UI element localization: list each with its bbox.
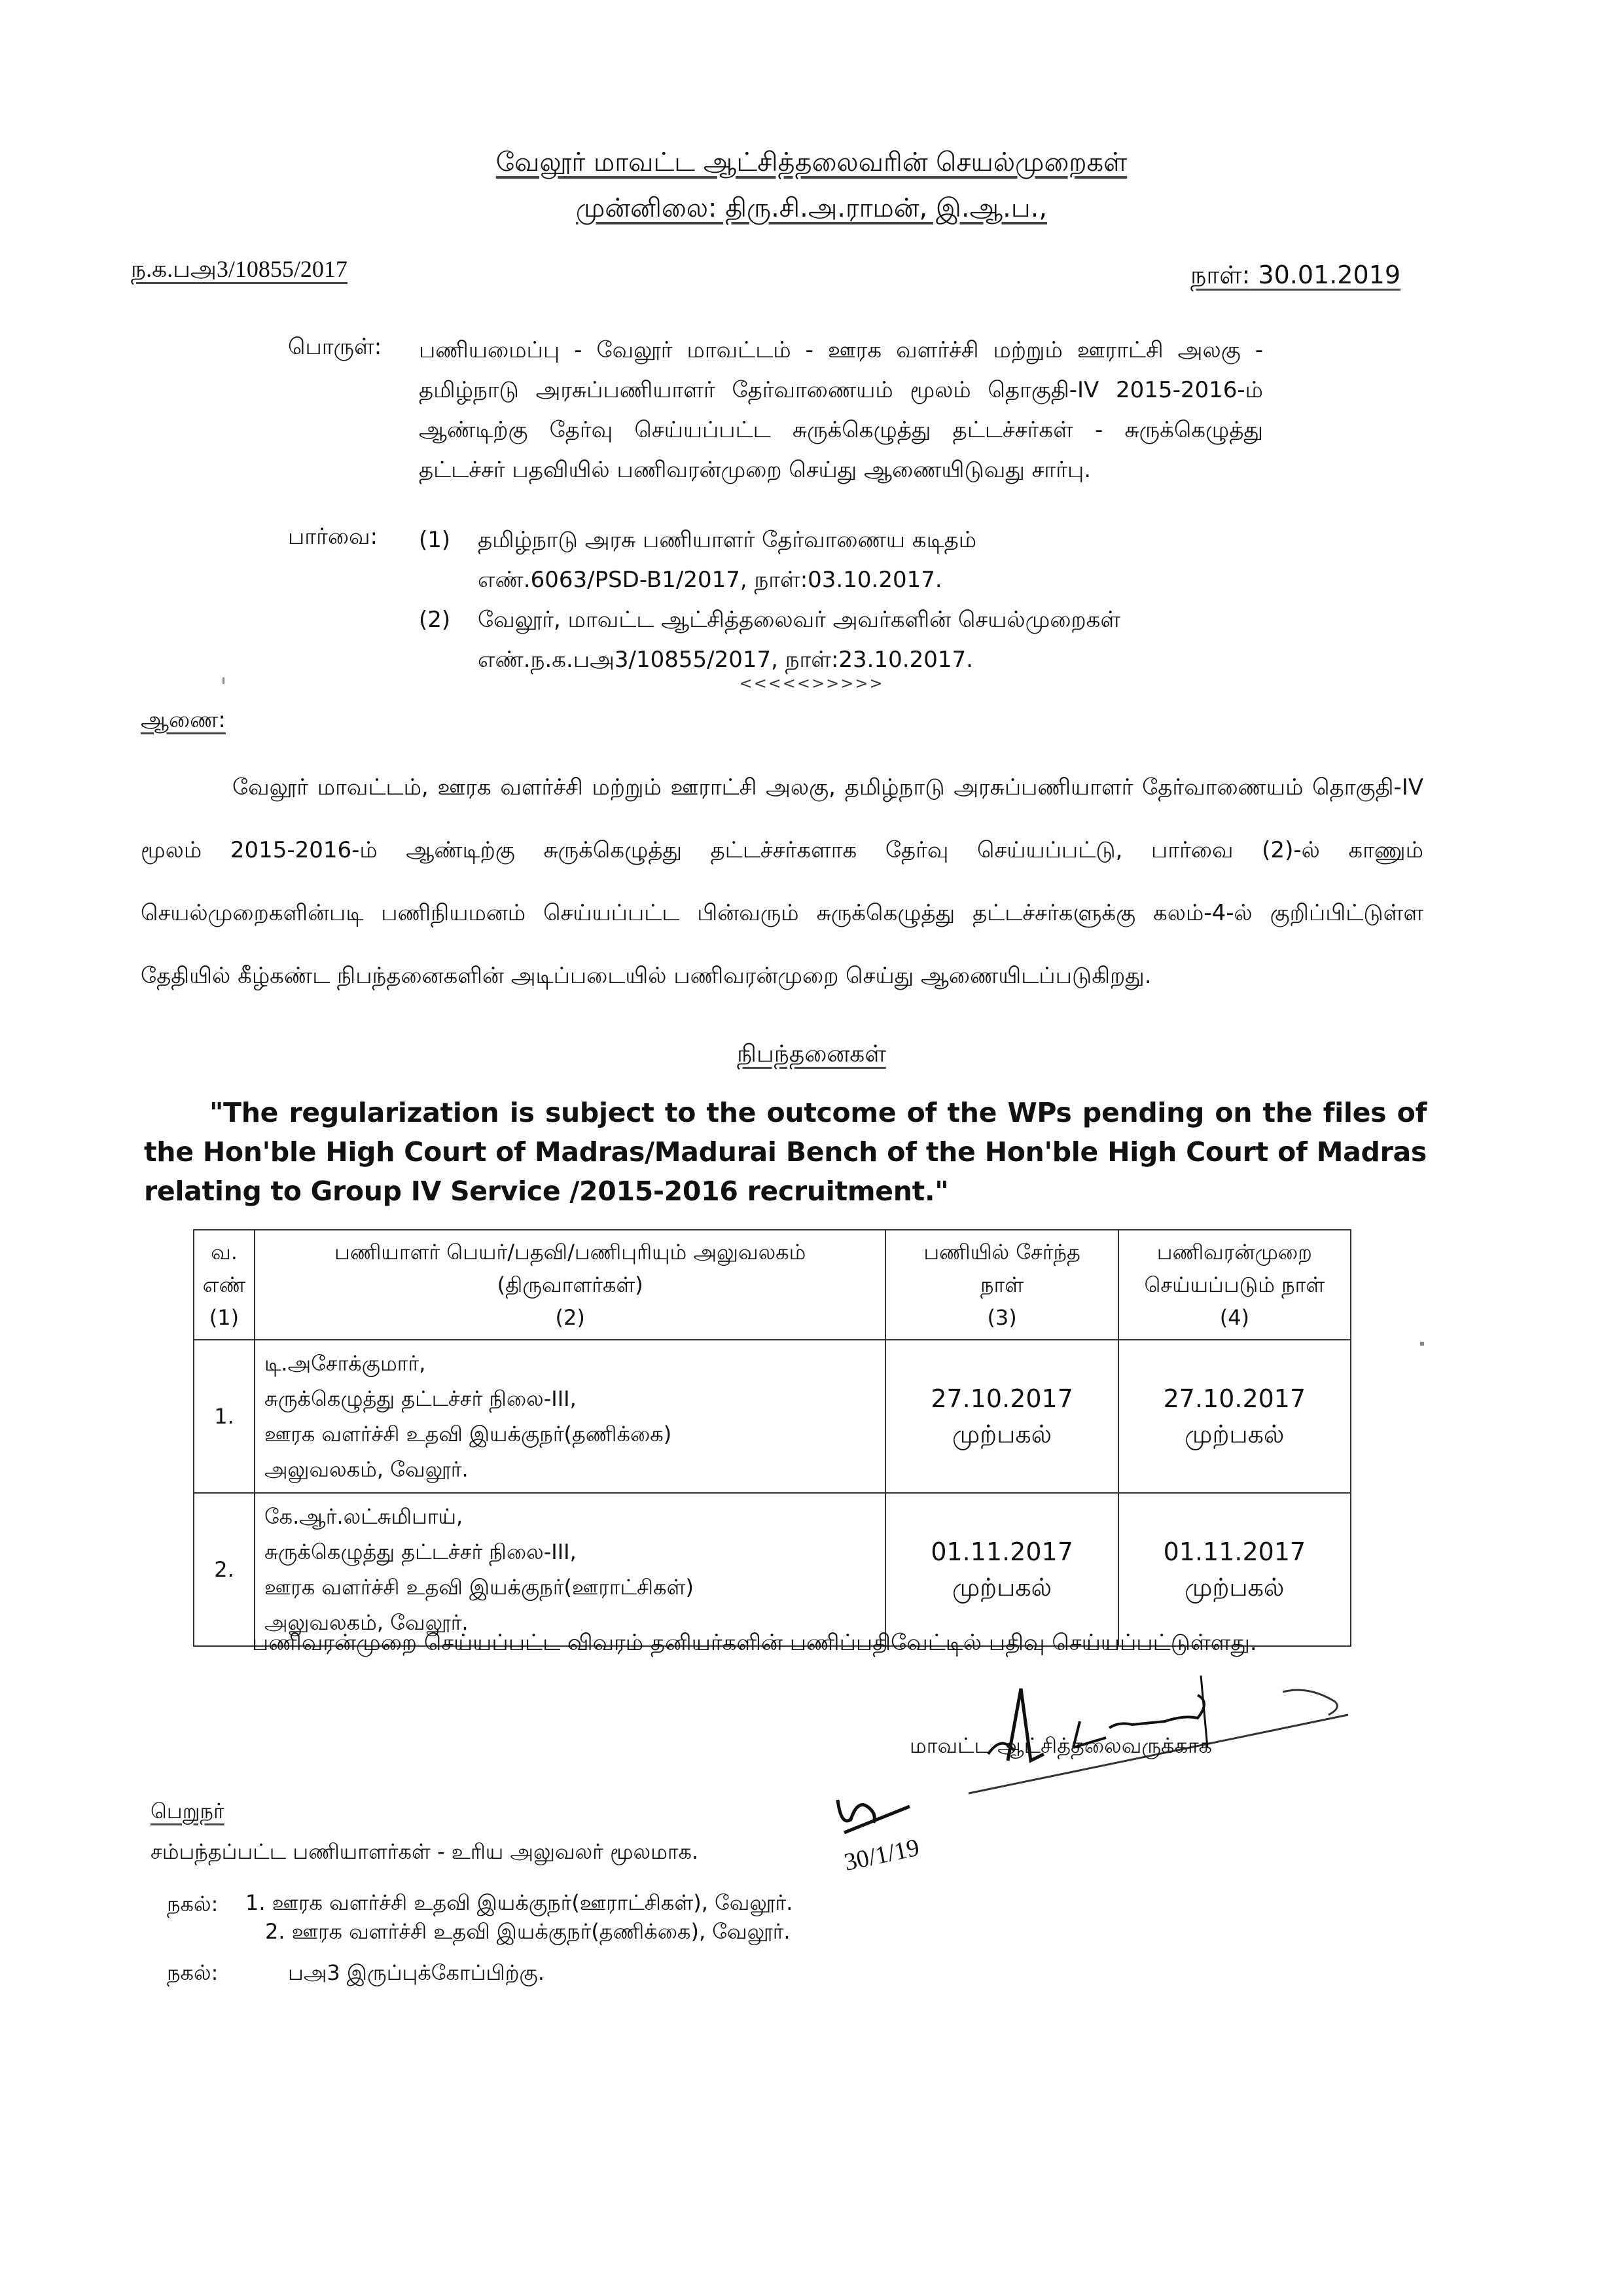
row-regularization-date: 27.10.2017 முற்பகல் [1118,1340,1351,1493]
employee-name: டி.அசோக்குமார், [264,1346,876,1381]
table-row: 1. டி.அசோக்குமார், சுருக்கெழுத்து தட்டச்… [194,1340,1351,1493]
staff-table: வ. எண் (1) பணியாளர் பெயர்/பதவி/பணிபுரியு… [193,1229,1351,1647]
employee-office: ஊரக வளர்ச்சி உதவி இயக்குநர்(தணிக்கை) [264,1416,876,1452]
document-date: நாள்: 30.01.2019 [1190,260,1400,293]
record-note: பணிவரன்முறை செய்யப்பட்ட விவரம் தனியர்களி… [252,1630,1257,1659]
table-row: 2. கே.ஆர்.லட்சுமிபாய், சுருக்கெழுத்து தட… [194,1493,1351,1646]
reference-item: (1) தமிழ்நாடு அரசு பணியாளர் தேர்வாணைய கட… [419,520,1302,600]
reference-number-1: (1) [419,520,478,600]
employee-post: சுருக்கெழுத்து தட்டச்சர் நிலை-III, [264,1534,876,1570]
order-label: ஆணை: [141,707,226,736]
presence-line: முன்னிலை: திரு.சி.அ.ராமன், இ.ஆ.ப., [0,193,1623,226]
conditions-title: நிபந்தனைகள் [0,1041,1623,1071]
header-join-date: பணியில் சேர்ந்த நாள் (3) [885,1230,1118,1340]
employee-name: கே.ஆர்.லட்சுமிபாய், [264,1499,876,1534]
references-list: (1) தமிழ்நாடு அரசு பணியாளர் தேர்வாணைய கட… [419,520,1302,680]
row-employee: டி.அசோக்குமார், சுருக்கெழுத்து தட்டச்சர்… [255,1340,886,1493]
recipient-line: சம்பந்தப்பட்ட பணியாளர்கள் - உரிய அலுவலர்… [151,1839,698,1867]
signature-designation: மாவட்ட ஆட்சித்தலைவருக்காக [910,1733,1212,1761]
reference-line: தமிழ்நாடு அரசு பணியாளர் தேர்வாணைய கடிதம் [478,520,976,560]
scan-speck [223,677,224,684]
subject-label: பொருள்: [288,334,382,363]
file-copy-text: பஅ3 இருப்புக்கோப்பிற்கு. [288,1960,544,1988]
header-regularization-date: பணிவரன்முறை செய்யப்படும் நாள் (4) [1118,1230,1351,1340]
reference-line: வேலூர், மாவட்ட ஆட்சித்தலைவர் அவர்களின் ச… [478,600,1120,640]
table-header-row: வ. எண் (1) பணியாளர் பெயர்/பதவி/பணிபுரியு… [194,1230,1351,1340]
row-regularization-date: 01.11.2017 முற்பகல் [1118,1493,1351,1646]
order-text: வேலூர் மாவட்டம், ஊரக வளர்ச்சி மற்றும் ஊர… [141,756,1423,1007]
subject-text: பணியமைப்பு - வேலூர் மாவட்டம் - ஊரக வளர்ச… [419,331,1263,490]
copy-item: 1. ஊரக வளர்ச்சி உதவி இயக்குநர்(ஊராட்சிகள… [245,1888,793,1917]
file-copy-label: நகல்: [167,1960,218,1988]
employee-office: ஊரக வளர்ச்சி உதவி இயக்குநர்(ஊராட்சிகள்) [264,1570,876,1605]
recipient-label: பெறுநர் [151,1799,224,1826]
reference-number: ந.க.பஅ3/10855/2017 [131,255,348,286]
copy-list: 1. ஊரக வளர்ச்சி உதவி இயக்குநர்(ஊராட்சிகள… [245,1888,793,1946]
copy-item: 2. ஊரக வளர்ச்சி உதவி இயக்குநர்(தணிக்கை),… [245,1917,793,1946]
reference-number-2: (2) [419,600,478,680]
reference-line: எண்.6063/PSD-B1/2017, நாள்:03.10.2017. [478,560,976,600]
row-employee: கே.ஆர்.லட்சுமிபாய், சுருக்கெழுத்து தட்டச… [255,1493,886,1646]
references-label: பார்வை: [288,524,378,552]
date-label: நாள்: [1190,260,1250,289]
reference-item: (2) வேலூர், மாவட்ட ஆட்சித்தலைவர் அவர்களி… [419,600,1302,680]
employee-post: சுருக்கெழுத்து தட்டச்சர் நிலை-III, [264,1381,876,1416]
header-serial: வ. எண் (1) [194,1230,255,1340]
document-title: வேலூர் மாவட்ட ஆட்சித்தலைவரின் செயல்முறைக… [0,147,1623,181]
row-join-date: 01.11.2017 முற்பகல் [885,1493,1118,1646]
handwritten-date: 30/1/19 [842,1834,921,1872]
date-value: 30.01.2019 [1258,260,1400,289]
row-serial: 1. [194,1340,255,1493]
scan-speck [1420,1342,1424,1346]
handwritten-initial-icon: 30/1/19 [831,1793,923,1872]
header-name: பணியாளர் பெயர்/பதவி/பணிபுரியும் அலுவலகம்… [255,1230,886,1340]
employee-office: அலுவலகம், வேலூர். [264,1452,876,1487]
row-join-date: 27.10.2017 முற்பகல் [885,1340,1118,1493]
copy-label: நகல்: [167,1892,218,1919]
row-serial: 2. [194,1493,255,1646]
section-separator: <<<<<>>>>> [0,674,1623,692]
conditions-text: "The regularization is subject to the ou… [144,1093,1427,1211]
